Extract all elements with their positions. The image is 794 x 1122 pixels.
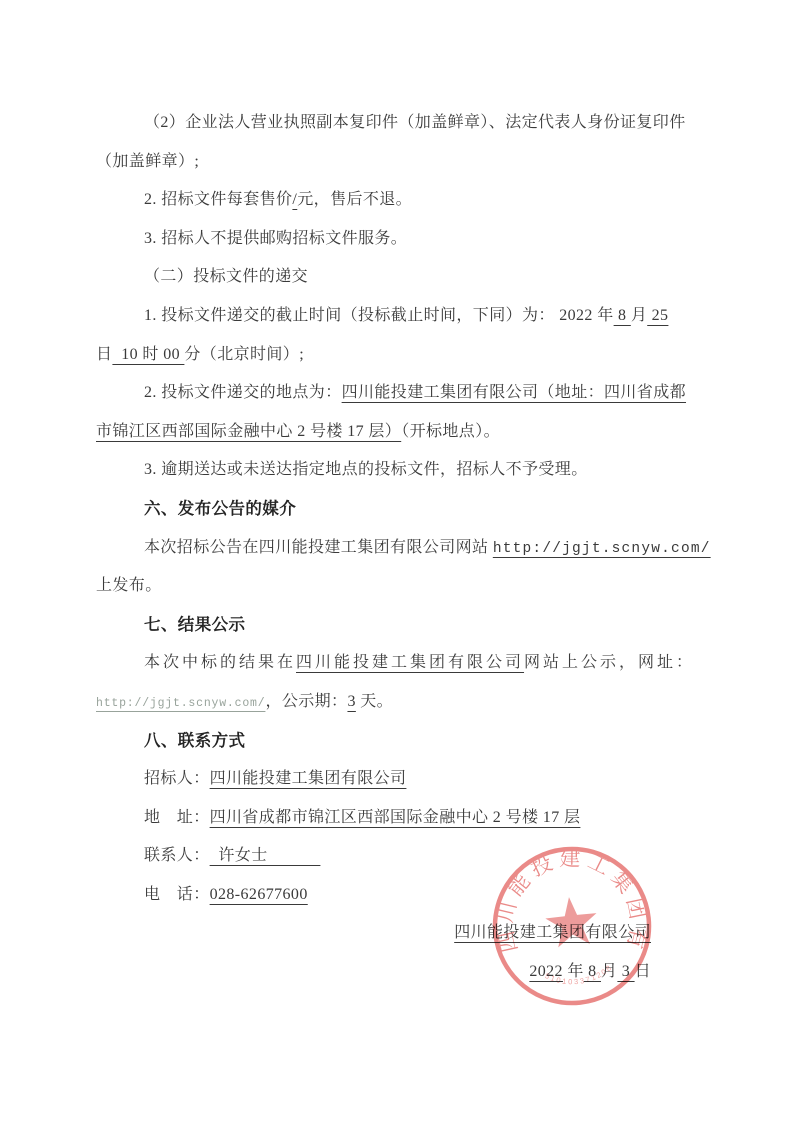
text-run: 地 址：	[144, 809, 210, 826]
text-run: 七、结果公示	[144, 616, 245, 634]
text-run: 八、联系方式	[144, 732, 245, 750]
document-body: （2）企业法人营业执照副本复印件（加盖鲜章）、法定代表人身份证复印件（加盖鲜章）…	[96, 104, 706, 992]
sig-date: 2022 年 8 月 3 日	[96, 953, 706, 992]
text-run: 招标人：	[144, 770, 210, 787]
text-run: 2. 招标文件每套售价	[144, 191, 292, 208]
p-doc-price: 2. 招标文件每套售价/元，售后不退。	[96, 181, 706, 220]
text-run: 月	[631, 307, 647, 324]
text-run: （开标地点）。	[401, 423, 500, 440]
p-contact-person: 联系人： 许女士	[96, 837, 706, 876]
text-run: 分（北京时间）;	[184, 346, 304, 363]
p-license-copy: （2）企业法人营业执照副本复印件（加盖鲜章）、法定代表人身份证复印件	[96, 104, 706, 143]
underlined-text: 25	[647, 307, 668, 324]
text-run: 2. 投标文件递交的地点为：	[144, 384, 342, 401]
url-text: http://jgjt.scnyw.com/	[493, 541, 711, 557]
underlined-text: 10 时 00	[112, 346, 184, 363]
scanned-tender-document-page: { "page": { "background": "#ffffff", "in…	[0, 0, 794, 1122]
p-result: 本次中标的结果在四川能投建工集团有限公司网站上公示，网址：	[96, 644, 706, 683]
underlined-text: 许女士	[210, 847, 321, 864]
p-license-copy-cont: （加盖鲜章）;	[96, 143, 706, 182]
sig-company: 四川能投建工集团有限公司	[96, 914, 706, 953]
text-run: 六、发布公告的媒介	[144, 500, 296, 518]
text-run: 年	[563, 963, 584, 980]
p-overdue: 3. 逾期送达或未送达指定地点的投标文件，招标人不予受理。	[96, 451, 706, 490]
text-run: 3. 招标人不提供邮购招标文件服务。	[144, 230, 407, 247]
underlined-text: 028-62677600	[210, 886, 308, 903]
h-bid-submission: （二）投标文件的递交	[96, 258, 706, 297]
h-announcement-media: 六、发布公告的媒介	[96, 490, 706, 529]
text-run: 日	[635, 963, 651, 980]
text-run: ，公示期：	[265, 693, 347, 710]
text-run: （加盖鲜章）;	[96, 153, 199, 170]
text-run: （2）企业法人营业执照副本复印件（加盖鲜章）、法定代表人身份证复印件	[144, 114, 686, 131]
underlined-text: 3	[347, 693, 355, 710]
underlined-text: 四川能投建工集团有限公司	[210, 770, 407, 787]
p-submit-place: 2. 投标文件递交的地点为：四川能投建工集团有限公司（地址：四川省成都	[96, 374, 706, 413]
p-submit-place-cont: 市锦江区西部国际金融中心 2 号楼 17 层）（开标地点）。	[96, 413, 706, 452]
underlined-text: 四川省成都市锦江区西部国际金融中心 2 号楼 17 层	[210, 809, 581, 826]
p-deadline-cont: 日 10 时 00 分（北京时间）;	[96, 336, 706, 375]
p-announcement-cont: 上发布。	[96, 567, 706, 606]
text-run: （二）投标文件的递交	[144, 268, 308, 285]
underlined-text: 四川能投建工集团有限公司	[454, 924, 651, 941]
text-run: 日	[96, 346, 112, 363]
p-announcement: 本次招标公告在四川能投建工集团有限公司网站 http://jgjt.scnyw.…	[96, 529, 706, 568]
p-tenderee: 招标人：四川能投建工集团有限公司	[96, 760, 706, 799]
text-run: 上发布。	[96, 577, 162, 594]
underlined-text: 3	[617, 963, 634, 980]
text-run: 1. 投标文件递交的截止时间（投标截止时间，下同）为： 2022 年	[144, 307, 614, 324]
text-run: 月	[601, 963, 617, 980]
underlined-text: 8	[614, 307, 631, 324]
p-address: 地 址：四川省成都市锦江区西部国际金融中心 2 号楼 17 层	[96, 799, 706, 838]
url-text: http://jgjt.scnyw.com/	[96, 697, 265, 710]
underlined-text: 8	[584, 963, 601, 980]
text-run: 元，售后不退。	[297, 191, 412, 208]
text-run: 天。	[356, 693, 393, 710]
p-result-cont: http://jgjt.scnyw.com/，公示期：3 天。	[96, 683, 706, 722]
text-run: 本次中标的结果在	[144, 654, 296, 671]
text-run: 联系人：	[144, 847, 210, 864]
h-contact: 八、联系方式	[96, 722, 706, 761]
text-run: 电 话：	[144, 886, 210, 903]
underlined-text: 市锦江区西部国际金融中心 2 号楼 17 层）	[96, 423, 401, 440]
text-run: 3. 逾期送达或未送达指定地点的投标文件，招标人不予受理。	[144, 461, 588, 478]
p-phone: 电 话：028-62677600	[96, 876, 706, 915]
p-deadline: 1. 投标文件递交的截止时间（投标截止时间，下同）为： 2022 年 8 月 2…	[96, 297, 706, 336]
text-run: 网站上公示，网址：	[524, 654, 695, 671]
h-result-publicity: 七、结果公示	[96, 606, 706, 645]
underlined-text: 2022	[529, 963, 563, 980]
underlined-text: 四川能投建工集团有限公司（地址：四川省成都	[342, 384, 686, 401]
text-run: 本次招标公告在四川能投建工集团有限公司网站	[144, 539, 493, 556]
p-no-mail-service: 3. 招标人不提供邮购招标文件服务。	[96, 220, 706, 259]
underlined-text: 四川能投建工集团有限公司	[296, 654, 524, 671]
